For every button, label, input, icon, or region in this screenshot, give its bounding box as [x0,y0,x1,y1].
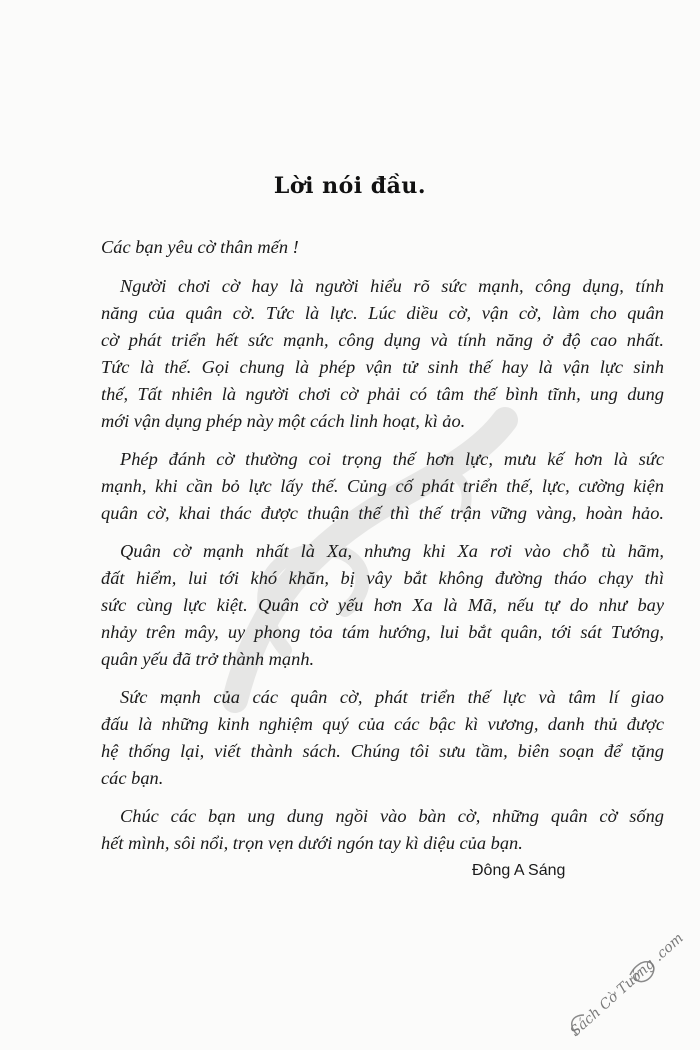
paragraph-line: Phép đánh cờ thường coi trọng thế hơn lự… [120,448,664,470]
paragraph-line: các bạn. [101,767,664,789]
swash-icon [560,935,700,1045]
greeting: Các bạn yêu cờ thân mến ! [101,236,664,258]
book-page: Lời nói đầu. Các bạn yêu cờ thân mến ! N… [0,0,700,1050]
paragraph-line: quân yếu đã trở thành mạnh. [101,648,664,670]
paragraph-line: Người chơi cờ hay là người hiểu rõ sức m… [120,275,664,297]
paragraph-line: Chúc các bạn ung dung ngồi vào bàn cờ, n… [120,805,664,827]
paragraph-line: quân cờ, khai thác được thuận thế thì th… [101,502,664,524]
paragraph-line: Quân cờ mạnh nhất là Xa, nhưng khi Xa rơ… [120,540,664,562]
paragraph-line: đất hiểm, lui tới khó khăn, bị vây bắt k… [101,567,664,589]
paragraph-line: nhảy trên mây, uy phong tỏa tám hướng, l… [101,621,664,643]
paragraph-line: hệ thống lại, viết thành sách. Chúng tôi… [101,740,664,762]
paragraph-line: năng của quân cờ. Tức là lực. Lúc diều c… [101,302,664,324]
paragraph-line: đấu là những kinh nghiệm quý của các bậc… [101,713,664,735]
paragraph-line: sức cùng lực kiệt. Quân cờ yếu hơn Xa là… [101,594,664,616]
paragraph-line: Tức là thế. Gọi chung là phép vận tử sin… [101,356,664,378]
corner-watermark: Sách Cờ Tướng .com [560,935,700,1045]
author-signature: Đông A Sáng [472,862,565,880]
paragraph-line: mạnh, khi cần bỏ lực lấy thế. Củng cố ph… [101,475,664,497]
paragraph-line: mới vận dụng phép này một cách linh hoạt… [101,410,664,432]
paragraph-line: Sức mạnh của các quân cờ, phát triển thế… [120,686,664,708]
paragraph-line: cờ phát triển hết sức mạnh, công dụng và… [101,329,664,351]
page-title: Lời nói đầu. [0,173,700,199]
paragraph-line: thế, Tất nhiên là người chơi cờ phải có … [101,383,664,405]
watermark-text: Sách Cờ Tướng .com [567,930,686,1040]
paragraph-line: hết mình, sôi nổi, trọn vẹn dưới ngón ta… [101,832,664,854]
